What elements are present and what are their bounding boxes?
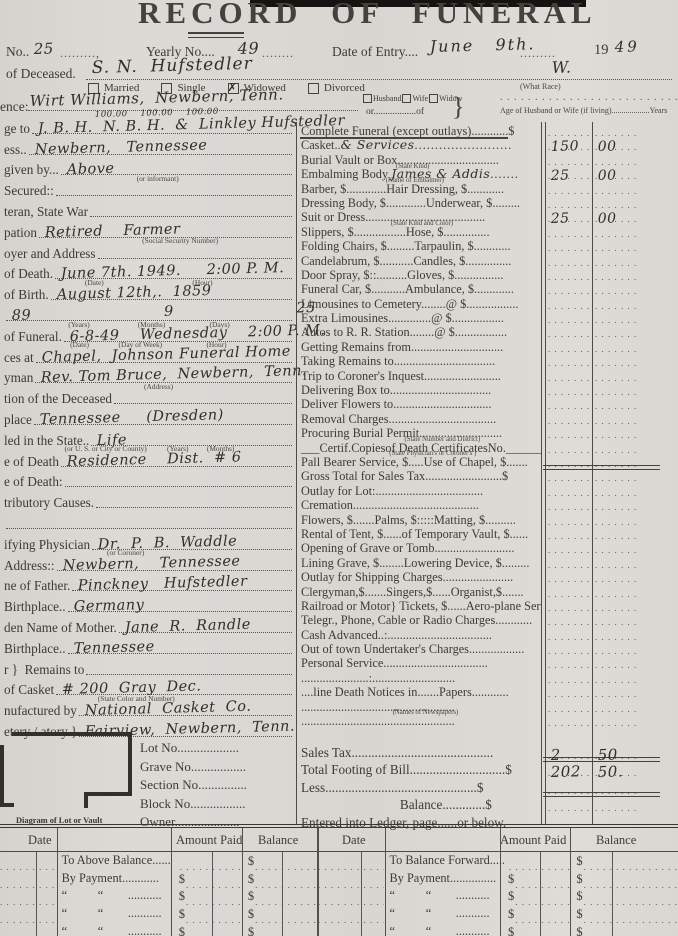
cents-cell: 00 <box>592 138 648 152</box>
dotted-leader <box>186 928 244 936</box>
charge-label: Out of town Undertaker's Charges........… <box>301 642 541 656</box>
dollars-cell <box>545 469 587 483</box>
dollars-cell <box>545 484 587 498</box>
dotted-leader <box>584 892 678 905</box>
charge-row: Barber, $.............Hair Dressing, $..… <box>296 182 678 196</box>
payment-row: “ “ ........... $ $ <box>0 888 318 906</box>
charge-label: Trip to Coroner's Inquest...............… <box>301 369 541 383</box>
dollar-sign: $ <box>572 907 583 923</box>
charge-label-text: Funeral Car, $...........Ambulance, $...… <box>301 282 514 296</box>
charge-label-text: ......................:.................… <box>301 671 455 685</box>
form-row <box>4 511 294 532</box>
field-caption: (or U. S. or City or County) (Years) (Mo… <box>59 444 234 453</box>
dotted-leader: . . . . . . . . . . . . . . . . . . . . … <box>500 92 678 103</box>
payment-desc: “ “ ........... <box>56 924 175 936</box>
checkbox-label: Husband <box>373 94 401 103</box>
amount-paid-header: Amount Paid <box>176 833 242 848</box>
handwritten-value: Tennessee (Dresden) <box>39 407 223 428</box>
charge-label: Funeral Car, $...........Ambulance, $...… <box>301 282 541 296</box>
charge-label-text: Getting Remains from....................… <box>301 340 503 354</box>
dotted-leader <box>318 875 384 888</box>
dotted-leader: 89 9 25 <box>6 305 292 321</box>
dollars-cell <box>545 556 587 570</box>
field-label: den Name of Mother. <box>4 620 117 636</box>
cents-cell <box>592 484 648 498</box>
charges-column: Complete Funeral (except outlays).......… <box>296 124 678 728</box>
charge-row: ........................................… <box>296 714 678 728</box>
amount-paid-cell: $ <box>175 870 244 888</box>
dollars-cell <box>545 585 587 599</box>
handwritten-value: Pinckney Hufstedler <box>78 574 248 594</box>
dollars-cell <box>545 282 587 296</box>
form-row: led in the State.. Life (or U. S. or Cit… <box>4 428 294 449</box>
dotted-leader <box>65 471 292 487</box>
charge-label: Delivering Box to.......................… <box>301 383 541 397</box>
heavy-underline <box>300 137 508 140</box>
field-label: tributory Causes. <box>4 495 94 511</box>
amount-paid-header: Amount Paid <box>500 833 566 848</box>
dotted-leader: Rev. Tom Bruce, Newbern, Tenn. <box>35 367 292 383</box>
charge-row: ....line Death Notices in.......Papers..… <box>296 685 678 699</box>
dotted-leader <box>584 857 678 870</box>
cents-cell <box>592 642 648 656</box>
field-label: ces at <box>4 350 34 366</box>
cents-cell <box>592 570 648 584</box>
charge-row: Flowers, $.......Palms, $:::::Matting, $… <box>296 513 678 527</box>
brace: } <box>452 92 464 122</box>
charge-label-text: Outlay for Lot:.........................… <box>301 484 483 498</box>
dotted-leader: # 200 Gray Dec. <box>56 679 292 695</box>
date-cell <box>0 923 56 936</box>
no-value: 25 <box>34 39 55 58</box>
charge-row: Personal Service........................… <box>296 656 678 670</box>
cents-cell <box>592 397 648 411</box>
lot-row: Grave No................. <box>140 759 296 778</box>
charge-label-text: Autos to R. R. Station........@ $.......… <box>301 325 507 339</box>
dotted-leader <box>186 892 244 905</box>
form-row: ess.. Newbern, Tennessee <box>4 137 294 158</box>
cents-cell <box>592 671 648 685</box>
diagram-line <box>12 732 132 736</box>
handwritten-value: Jane R. Randle <box>124 617 250 636</box>
checkbox: Husband <box>363 94 401 103</box>
dotted-leader <box>180 857 244 870</box>
or-of-label: or..................of <box>366 107 424 117</box>
dotted-leader: Tennessee <box>68 638 292 654</box>
form-row: ne of Father. Pinckney Hufstedler <box>4 574 294 595</box>
dotted-leader <box>318 857 384 870</box>
dotted-leader <box>515 928 572 936</box>
charge-caption: (State Number and District) <box>362 436 480 443</box>
charge-row: Railroad or Motor} Tickets, $......Aero-… <box>296 599 678 613</box>
dotted-leader <box>6 513 292 529</box>
field-label: Birthplace.. <box>4 599 66 615</box>
dollars-cell <box>545 369 587 383</box>
dotted-leader <box>96 492 292 508</box>
charge-row: Folding Chairs, $.........Tarpaulin, $..… <box>296 239 678 253</box>
dollars-cell <box>545 412 587 426</box>
charge-label: Opening of Grave or Tomb................… <box>301 541 541 555</box>
charge-label-text: Rental of Tent, $......of Temporary Vaul… <box>301 527 528 541</box>
charge-label: Lining Grave, $........Lowering Device, … <box>301 556 541 570</box>
diagram-line <box>0 803 14 807</box>
charge-label-text: Outlay for Shipping Charges.............… <box>301 570 513 584</box>
payment-row: By Payment............ $ $ <box>0 870 318 888</box>
form-row: etery / atory } Fairview, Newbern, Tenn. <box>4 719 294 740</box>
dotted-leader: Tennessee (Dresden) <box>34 409 292 425</box>
field-label: nufactured by <box>4 703 77 719</box>
charge-label: Autos to R. R. Station........@ $.......… <box>301 325 541 339</box>
dollars-cell <box>545 340 587 354</box>
charge-label-text: Lining Grave, $........Lowering Device, … <box>301 556 529 570</box>
field-caption: (or Coroner) <box>59 548 144 557</box>
dotted-leader <box>0 892 56 905</box>
charge-label: Telegr., Phone, Cable or Radio Charges..… <box>301 613 541 627</box>
cents-cell <box>592 239 648 253</box>
field-label: Birthplace.. <box>4 641 66 657</box>
amount-paid-cell: $ <box>175 905 244 923</box>
dollar-sign: $ <box>504 925 515 936</box>
charge-label: Extra Limousines..............@ $.......… <box>301 311 541 325</box>
dollars-cell <box>545 325 587 339</box>
form-row: r } Remains to <box>4 657 294 678</box>
dotted-leader <box>584 875 678 888</box>
charge-label: Getting Remains from....................… <box>301 340 541 354</box>
handwritten-cents: 00 <box>598 139 617 155</box>
amount-paid-cell: $ <box>504 870 572 888</box>
charge-label: Door Spray, $::..........Gloves, $......… <box>301 268 541 282</box>
date-cell <box>318 923 384 936</box>
year-value: 49 <box>615 37 641 56</box>
handwritten-cents: 50 <box>598 745 619 764</box>
cents-cell <box>592 469 648 483</box>
form-row: place Tennessee (Dresden) <box>4 407 294 428</box>
year-printed: 19 <box>594 42 609 59</box>
charge-row: Autos to R. R. Station........@ $.......… <box>296 325 678 339</box>
dollar-sign: $ <box>244 889 255 905</box>
dollar-sign: $ <box>175 925 186 936</box>
dotted-leader <box>515 892 572 905</box>
charge-row: Extra Limousines..............@ $.......… <box>296 311 678 325</box>
dotted-leader <box>186 875 244 888</box>
charge-caption: (Names of Newspapers) <box>362 709 458 716</box>
scanned-funeral-record: RECORD OF FUNERAL No.. 25 ........., Yea… <box>0 0 678 936</box>
dollars-cell <box>545 700 587 714</box>
charge-label-text: Gross Total for Sales Tax...............… <box>301 469 508 483</box>
diagram-line <box>128 732 132 796</box>
balance-cell: $ <box>572 852 678 870</box>
dotted-leader <box>0 857 56 870</box>
charge-label: Outlay for Lot:.........................… <box>301 484 541 498</box>
dotted-leader <box>186 910 244 923</box>
dotted-leader <box>318 892 384 905</box>
charge-label: Rental of Tent, $......of Temporary Vaul… <box>301 527 541 541</box>
total-row: Total Footing of Bill...................… <box>296 761 678 778</box>
charge-row: Lining Grave, $........Lowering Device, … <box>296 556 678 570</box>
field-caption: (Address) <box>59 382 173 391</box>
payment-row: “ “ ........... $ $ <box>0 905 318 923</box>
cents-cell <box>592 513 648 527</box>
charge-row: Clergyman,$.......Singers,$......Organis… <box>296 585 678 599</box>
balance-header: Balance <box>596 833 636 848</box>
cents-cell <box>592 325 648 339</box>
dollars-cell <box>545 671 587 685</box>
charge-label: Cremation...............................… <box>301 498 541 512</box>
charge-label: Personal Service........................… <box>301 656 541 670</box>
charge-label-text: Casket.. <box>301 138 341 152</box>
field-label: tion of the Deceased <box>4 391 112 407</box>
charge-row: Trip to Coroner's Inquest...............… <box>296 369 678 383</box>
payment-desc: By Payment............... <box>384 871 504 888</box>
handwritten-dollars: 25 <box>551 211 570 227</box>
charge-row: Door Spray, $::..........Gloves, $......… <box>296 268 678 282</box>
form-row: teran, State War <box>4 199 294 220</box>
charge-caption: (State Kind) <box>362 163 429 170</box>
lot-row: Section No............... <box>140 777 296 796</box>
dollar-sign: $ <box>244 907 255 923</box>
charge-row: Taking Remains to.......................… <box>296 354 678 368</box>
dollar-sign: $ <box>175 907 186 923</box>
charge-label-text: Deliver Flowers to......................… <box>301 397 492 411</box>
checkbox-label: Wife <box>412 94 428 103</box>
dotted-leader <box>515 910 572 923</box>
charge-row: Complete Funeral (except outlays).......… <box>296 124 678 138</box>
dollar-sign: $ <box>175 889 186 905</box>
charge-label: Folding Chairs, $.........Tarpaulin, $..… <box>301 239 541 253</box>
charge-label: Railroad or Motor} Tickets, $......Aero-… <box>301 599 541 613</box>
dotted-leader: Retired Farmer <box>39 222 292 238</box>
dotted-leader: Newbern, Tennessee <box>29 139 292 155</box>
handwritten-value: Tennessee <box>73 639 154 657</box>
dollars-cell <box>545 527 587 541</box>
balance-header: Balance <box>258 833 298 848</box>
form-row: ifying Physician Dr. P. B. Waddle (or Co… <box>4 532 294 553</box>
dotted-leader: Above <box>61 159 292 175</box>
handwritten-cents: 50. <box>598 763 624 782</box>
field-label: pation <box>4 225 37 241</box>
charge-row: ___Certif.Copiesof Death CertificatesNo.… <box>296 441 678 455</box>
cents-cell <box>592 556 648 570</box>
dotted-leader <box>255 892 318 905</box>
payment-row: “ “ ........... $ $ <box>318 923 678 936</box>
dollar-sign: $ <box>504 872 515 888</box>
payment-row: To Above Balance...... $ <box>0 852 318 870</box>
balance-cell: $ <box>572 905 678 923</box>
residence-label: ence: <box>0 99 28 115</box>
dollars-cell <box>545 599 587 613</box>
charge-label-text: Door Spray, $::..........Gloves, $......… <box>301 268 503 282</box>
page-title: RECORD OF FUNERAL <box>138 0 598 29</box>
charge-label-text: Removal Charges.........................… <box>301 412 496 426</box>
dotted-leader <box>584 928 678 936</box>
dollars-cell <box>545 796 587 813</box>
diagram-line <box>84 792 88 808</box>
field-label: of Death. <box>4 266 53 282</box>
dollars-cell <box>545 570 587 584</box>
dollar-sign: $ <box>244 925 255 936</box>
dollar-sign: $ <box>572 889 583 905</box>
charge-row: Pall Bearer Service, $.....Use of Chapel… <box>296 455 678 469</box>
charge-label: Flowers, $.......Palms, $:::::Matting, $… <box>301 513 541 527</box>
total-label: Balance.............$ <box>301 797 541 813</box>
dollars-cell <box>545 642 587 656</box>
dollars-cell <box>545 628 587 642</box>
cents-cell <box>592 613 648 627</box>
handwritten-cents: 00 <box>598 168 617 184</box>
charge-row: Gross Total for Sales Tax...............… <box>296 469 678 483</box>
charge-label-text: Cash Advanced..:........................… <box>301 628 492 642</box>
dotted-leader <box>255 857 318 870</box>
charge-label-text: Opening of Grave or Tomb................… <box>301 541 514 555</box>
deceased-name-value: S. N. Hufstedler <box>91 54 253 78</box>
charge-label: Gross Total for Sales Tax...............… <box>301 469 541 483</box>
amount-paid-cell: $ <box>175 923 244 936</box>
cents-cell <box>592 282 648 296</box>
balance-cell: $ <box>572 870 678 888</box>
form-row: e of Death: <box>4 470 294 491</box>
field-label: r } Remains to <box>4 662 84 678</box>
cents-cell <box>592 628 648 642</box>
charge-row: Embalming Body James & Addis....... (Nam… <box>296 167 678 181</box>
charge-label-text: Dressing Body, $.............Underwear, … <box>301 196 520 210</box>
dotted-leader <box>255 875 318 888</box>
cents-cell <box>592 354 648 368</box>
charge-label: ....line Death Notices in.......Papers..… <box>301 685 541 699</box>
total-label: Sales Tax...............................… <box>301 745 541 761</box>
cents-cell <box>592 369 648 383</box>
cents-cell <box>592 796 648 813</box>
checkbox-box <box>402 94 411 103</box>
field-label: of Birth. <box>4 287 49 303</box>
charge-row: Outlay for Shipping Charges.............… <box>296 570 678 584</box>
payment-row: To Balance Forward....... $ <box>318 852 678 870</box>
charge-row: Funeral Car, $...........Ambulance, $...… <box>296 282 678 296</box>
charge-label: Deliver Flowers to......................… <box>301 397 541 411</box>
date-cell <box>318 852 384 870</box>
charge-row: Cash Advanced..:........................… <box>296 628 678 642</box>
form-row: Birthplace.. Tennessee <box>4 636 294 657</box>
field-label: ess.. <box>4 142 27 158</box>
dollar-sign: $ <box>244 854 255 870</box>
field-caption: (Social Security Number) <box>59 236 218 245</box>
charge-caption: (Name of Embalmer) <box>362 177 444 184</box>
form-row: 89 9 25 (Years) (Months) (Days) <box>4 303 294 324</box>
charge-row: Opening of Grave or Tomb................… <box>296 541 678 555</box>
charge-label-text: Extra Limousines..............@ $.......… <box>301 311 504 325</box>
charge-row: Delivering Box to.......................… <box>296 383 678 397</box>
payment-desc: “ “ ........... <box>384 906 504 923</box>
charge-row: ......................:.................… <box>296 671 678 685</box>
field-caption: (Date) (Day of Week) (Hour) <box>59 340 227 349</box>
charge-label-text: Trip to Coroner's Inquest...............… <box>301 369 501 383</box>
charge-row: Rental of Tent, $......of Temporary Vaul… <box>296 527 678 541</box>
charge-label-text: Railroad or Motor} Tickets, $......Aero-… <box>301 599 541 613</box>
charge-label-text: Telegr., Phone, Cable or Radio Charges..… <box>301 613 532 627</box>
payment-row: “ “ ........... $ $ <box>0 923 318 936</box>
field-caption: (State Color and Number) <box>59 694 175 703</box>
charge-label-text: Taking Remains to.......................… <box>301 354 495 368</box>
charge-label: Candelabrum, $...........Candles, $.....… <box>301 254 541 268</box>
field-label: given by... <box>4 162 59 178</box>
charge-label-text: Folding Chairs, $.........Tarpaulin, $..… <box>301 239 511 253</box>
payment-row: “ “ ........... $ $ <box>318 905 678 923</box>
relation-checkbox-group: Husband Wife Widow <box>363 94 463 103</box>
dotted-leader: J. B. H. N. B. H. & Linkley Hufstedler <box>32 118 292 134</box>
dotted-leader <box>255 928 318 936</box>
amount-paid-cell: $ <box>504 905 572 923</box>
date-cell <box>318 870 384 888</box>
date-cell <box>0 870 56 888</box>
charge-label: Cash Advanced..:........................… <box>301 628 541 642</box>
handwritten-value: Germany <box>73 597 144 615</box>
total-label: Less....................................… <box>301 780 541 796</box>
cents-cell <box>592 383 648 397</box>
date-cell <box>0 888 56 906</box>
dollar-sign: $ <box>572 925 583 936</box>
handwritten-dollars: 25 <box>551 168 570 184</box>
dotted-leader: ........ <box>262 46 294 61</box>
cents-cell <box>592 599 648 613</box>
form-row: of Casket # 200 Gray Dec. (State Color a… <box>4 678 294 699</box>
charge-label-text: Limousines to Cemetery........@ $.......… <box>301 297 519 311</box>
checkbox: Wife <box>402 94 428 103</box>
dotted-leader <box>509 857 572 870</box>
field-caption: (Years) (Months) (Days) <box>59 320 230 329</box>
charge-label-text: Delivering Box to.......................… <box>301 383 491 397</box>
payment-desc: To Above Balance...... <box>56 853 175 870</box>
dotted-leader <box>90 201 292 217</box>
charge-label: Outlay for Shipping Charges.............… <box>301 570 541 584</box>
amount-paid-cell <box>504 852 572 870</box>
dotted-leader: ....... <box>490 167 519 181</box>
diagram-line <box>84 792 132 796</box>
payment-ledger-table: Date Amount Paid Balance Date Amount Pai… <box>0 824 678 936</box>
handwritten-value: & Services <box>341 138 415 152</box>
cents-cell: 00 <box>592 210 648 224</box>
payment-desc: “ “ ........... <box>384 888 504 905</box>
dollars-cell <box>545 613 587 627</box>
cents-cell <box>592 585 648 599</box>
handwritten-dollars: 202 <box>551 763 582 782</box>
totals-section: Sales Tax...............................… <box>296 744 678 831</box>
charge-label: Dressing Body, $.............Underwear, … <box>301 196 541 210</box>
charge-label: Clergyman,$.......Singers,$......Organis… <box>301 585 541 599</box>
dollars-cell <box>545 383 587 397</box>
balance-cell: $ <box>572 888 678 906</box>
cents-cell <box>592 124 648 138</box>
dotted-leader: ........................ <box>415 138 513 152</box>
checkbox-box <box>363 94 372 103</box>
dollars-cell <box>545 354 587 368</box>
field-label: Secured:: <box>4 183 54 199</box>
charge-label-text: Personal Service........................… <box>301 656 488 670</box>
cents-cell <box>592 412 648 426</box>
cents-cell <box>592 297 648 311</box>
charge-label: ......................:.................… <box>301 671 541 685</box>
dotted-leader <box>0 928 56 936</box>
charge-label-text: ....line Death Notices in.......Papers..… <box>301 685 509 699</box>
charge-row: Limousines to Cemetery........@ $.......… <box>296 297 678 311</box>
field-label: Address:: <box>4 558 55 574</box>
form-row: Address:: Newbern, Tennessee <box>4 553 294 574</box>
dollars-cell: 150 <box>545 138 587 152</box>
form-row: ge to J. B. H. N. B. H. & Linkley Hufste… <box>4 116 294 137</box>
charge-row: Procuring Burial Permit.................… <box>296 426 678 440</box>
field-label: ne of Father. <box>4 578 70 594</box>
form-row: tributory Causes. <box>4 490 294 511</box>
diagram-line <box>0 745 4 807</box>
total-row: Sales Tax...............................… <box>296 744 678 761</box>
